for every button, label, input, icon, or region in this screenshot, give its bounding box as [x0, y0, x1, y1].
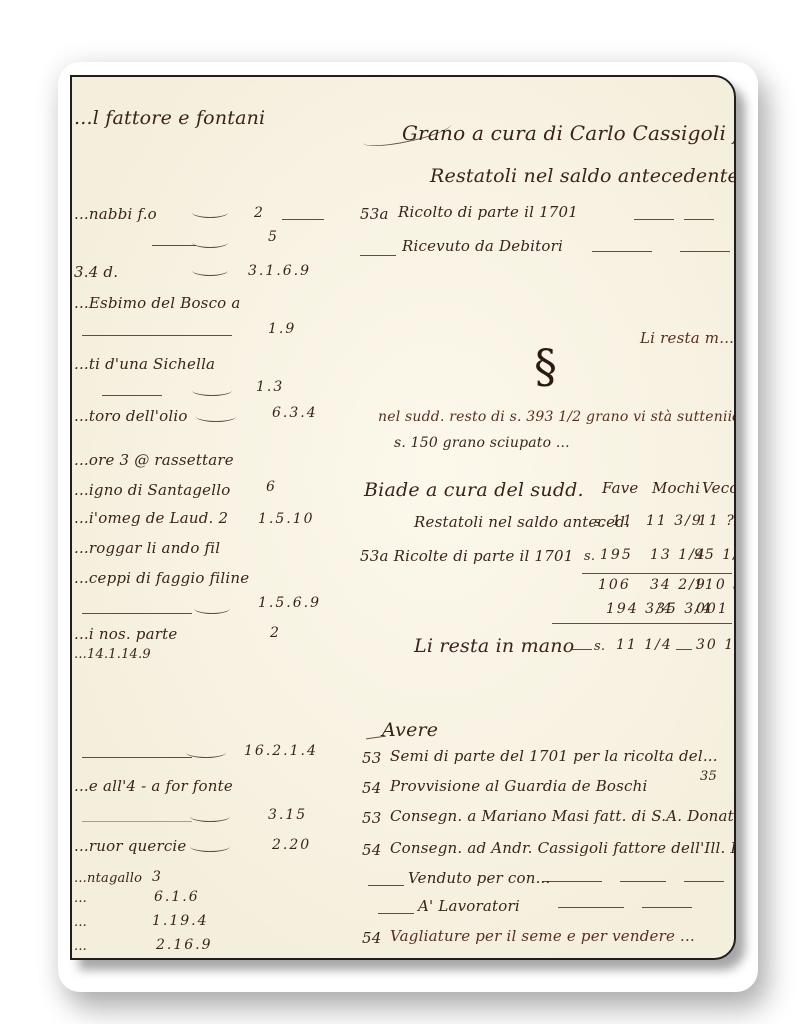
ledger-rule: [680, 251, 730, 252]
ledger-line-amount: 6.1.6: [154, 889, 200, 905]
left-column-header: ...l fattore e fontani: [74, 107, 265, 129]
biade-value: 195: [600, 547, 633, 563]
ledger-line-amount: 2: [270, 625, 281, 641]
avere-entry-text: Vagliature per il seme e per vendere ...: [390, 927, 695, 945]
ledger-line-amount: 1.9: [268, 321, 296, 337]
avere-entry-note: 35: [700, 769, 717, 784]
ledger-flourish: [192, 207, 228, 218]
ledger-line-text: 3.4 d.: [74, 263, 118, 281]
grain-note: nel sudd. resto di s. 393 1/2 grano vi s…: [378, 409, 736, 425]
ledger-line-amount: 6.3.4: [272, 405, 318, 421]
ledger-line-text: ...i'omeg de Laud. 2: [74, 509, 228, 527]
ledger-line-amount: 1.5.10: [258, 511, 315, 527]
avere-entry-ref: 53: [362, 809, 382, 827]
avere-entry-ref: 53: [362, 749, 382, 767]
ledger-rule: [102, 395, 162, 396]
ledger-line-amount: 16.2.1.4: [244, 743, 318, 759]
side-note: Li resta m...: [640, 329, 734, 347]
biade-unit: s.: [584, 549, 595, 564]
entry-text: Ricevuto da Debitori: [402, 237, 563, 255]
remaining-value: 11 1/4: [616, 637, 673, 653]
ledger-line-amount: 1.5.6.9: [258, 595, 321, 611]
ledger-rule: [152, 245, 196, 246]
ledger-line-amount: 5: [268, 229, 279, 245]
ledger-line-text: ...ceppi di faggio filine: [74, 569, 249, 587]
ledger-rule: [572, 649, 592, 650]
ledger-line-text: ...ntagallo: [74, 871, 142, 886]
ledger-rule: [82, 821, 192, 822]
avere-entry-ref: 54: [362, 841, 382, 859]
ledger-rule: [360, 255, 396, 256]
ledger-line-amount: 1.19.4: [152, 913, 209, 929]
section-mark-icon: §: [534, 339, 557, 393]
ledger-line-amount: 2: [254, 205, 265, 221]
ledger-flourish: [186, 747, 226, 758]
biade-unit: s.: [594, 515, 605, 530]
ledger-rule: [684, 881, 724, 882]
ledger-line-text: ...: [74, 891, 87, 906]
sum-rule: [552, 623, 732, 624]
ledger-line-text: ...Esbimo del Bosco a: [74, 294, 241, 312]
ledger-rule: [368, 885, 404, 886]
avere-entry-ref: 54: [362, 929, 382, 947]
avere-entry-ref: 54: [362, 779, 382, 797]
remaining-unit: s.: [594, 639, 605, 654]
ledger-rule: [592, 251, 652, 252]
ledger-line-text: ...igno di Santagello: [74, 481, 231, 499]
avere-entry-text: Venduto per con...: [408, 869, 551, 887]
grain-account-subtitle: Restatoli nel saldo antecedente: [430, 165, 736, 187]
ledger-line-text: ...e all'4 - a for fonte: [74, 777, 233, 795]
grain-account-title: Grano a cura di Carlo Cassigoli fatto...: [402, 121, 736, 145]
avere-heading: Avere: [382, 719, 438, 741]
ledger-line-text: ...: [74, 939, 87, 954]
biade-col-header: Fave: [602, 479, 638, 497]
biade-total: 001 1/4: [696, 601, 736, 617]
ledger-rule: [684, 219, 714, 220]
ledger-line-amount: 6: [266, 479, 277, 495]
ledger-rule: [620, 881, 666, 882]
ledger-line-text: ...14.1.14.9: [74, 647, 151, 662]
ledger-rule: [676, 649, 692, 650]
biade-col-header: Vecce: [702, 479, 736, 497]
ledger-rule: [282, 219, 324, 220]
ledger-page: ...l fattore e fontani ...nabbi f.o 2 5 …: [70, 75, 736, 960]
ledger-line-text: ...roggar li ando fil: [74, 539, 220, 557]
avere-entry-text: A' Lavoratori: [418, 897, 520, 915]
ledger-line-amount: 3.1.6.9: [248, 263, 311, 279]
ledger-rule: [642, 907, 692, 908]
ledger-flourish: [194, 603, 230, 614]
ledger-line-text: ...i nos. parte: [74, 625, 177, 643]
biade-col-header: Mochi: [652, 479, 700, 497]
biade-value: 95 1/2: [694, 547, 736, 563]
ledger-rule: [82, 335, 232, 336]
biade-value: 11 ?: [698, 513, 736, 529]
avere-entry-text: Provvisione al Guardia de Boschi: [390, 777, 648, 795]
image-canvas: ...l fattore e fontani ...nabbi f.o 2 5 …: [0, 0, 809, 1024]
avere-entry-text: Semi di parte del 1701 per la ricolta de…: [390, 747, 718, 765]
ledger-flourish: [192, 385, 232, 396]
grain-note-2: s. 150 grano sciupato ...: [394, 435, 570, 451]
ledger-line-amount: 1.3: [256, 379, 284, 395]
ledger-line-text: ...ti d'una Sichella: [74, 355, 215, 373]
ledger-line-text: ...nabbi f.o: [74, 205, 157, 223]
ledger-line-text: ...: [74, 915, 87, 930]
biade-value: 11 3/9: [646, 513, 703, 529]
ledger-flourish: [192, 265, 228, 276]
ledger-rule: [82, 757, 192, 758]
avere-entry-text: Consegn. ad Andr. Cassigoli fattore dell…: [390, 839, 736, 857]
biade-total: 110 3/9: [694, 577, 736, 593]
biade-value: 11: [612, 513, 634, 529]
ledger-line-text: ...ruor quercie: [74, 837, 187, 855]
avere-entry-text: Consegn. a Mariano Masi fatt. di S.A. Do…: [390, 807, 736, 825]
ledger-line-amount: 3: [152, 869, 163, 885]
ledger-flourish: [190, 811, 230, 822]
ledger-flourish: [196, 411, 236, 422]
ledger-line-amount: 2.20: [272, 837, 311, 853]
biade-row-label: 53a Ricolte di parte il 1701: [360, 547, 573, 565]
ledger-flourish: [192, 237, 228, 248]
biade-total: 106: [598, 577, 631, 593]
ledger-flourish: [190, 841, 230, 852]
ledger-line-text: ...ore 3 @ rassettare: [74, 451, 234, 469]
entry-ref: 53a: [360, 205, 389, 223]
biade-heading: Biade a cura del sudd.: [364, 479, 584, 501]
ledger-line-amount: 3.15: [268, 807, 307, 823]
sum-rule: [582, 573, 732, 574]
ledger-line-amount: 2.16.9: [156, 937, 213, 953]
ledger-rule: [542, 881, 602, 882]
remaining-value: 30 1/9: [696, 637, 736, 653]
ledger-line-text: ...toro dell'olio: [74, 407, 188, 425]
remaining-label: Li resta in mano: [414, 635, 574, 657]
ledger-rule: [378, 913, 414, 914]
ledger-rule: [558, 907, 624, 908]
entry-text: Ricolto di parte il 1701: [398, 203, 578, 221]
ledger-rule: [82, 613, 192, 614]
ledger-rule: [634, 219, 674, 220]
